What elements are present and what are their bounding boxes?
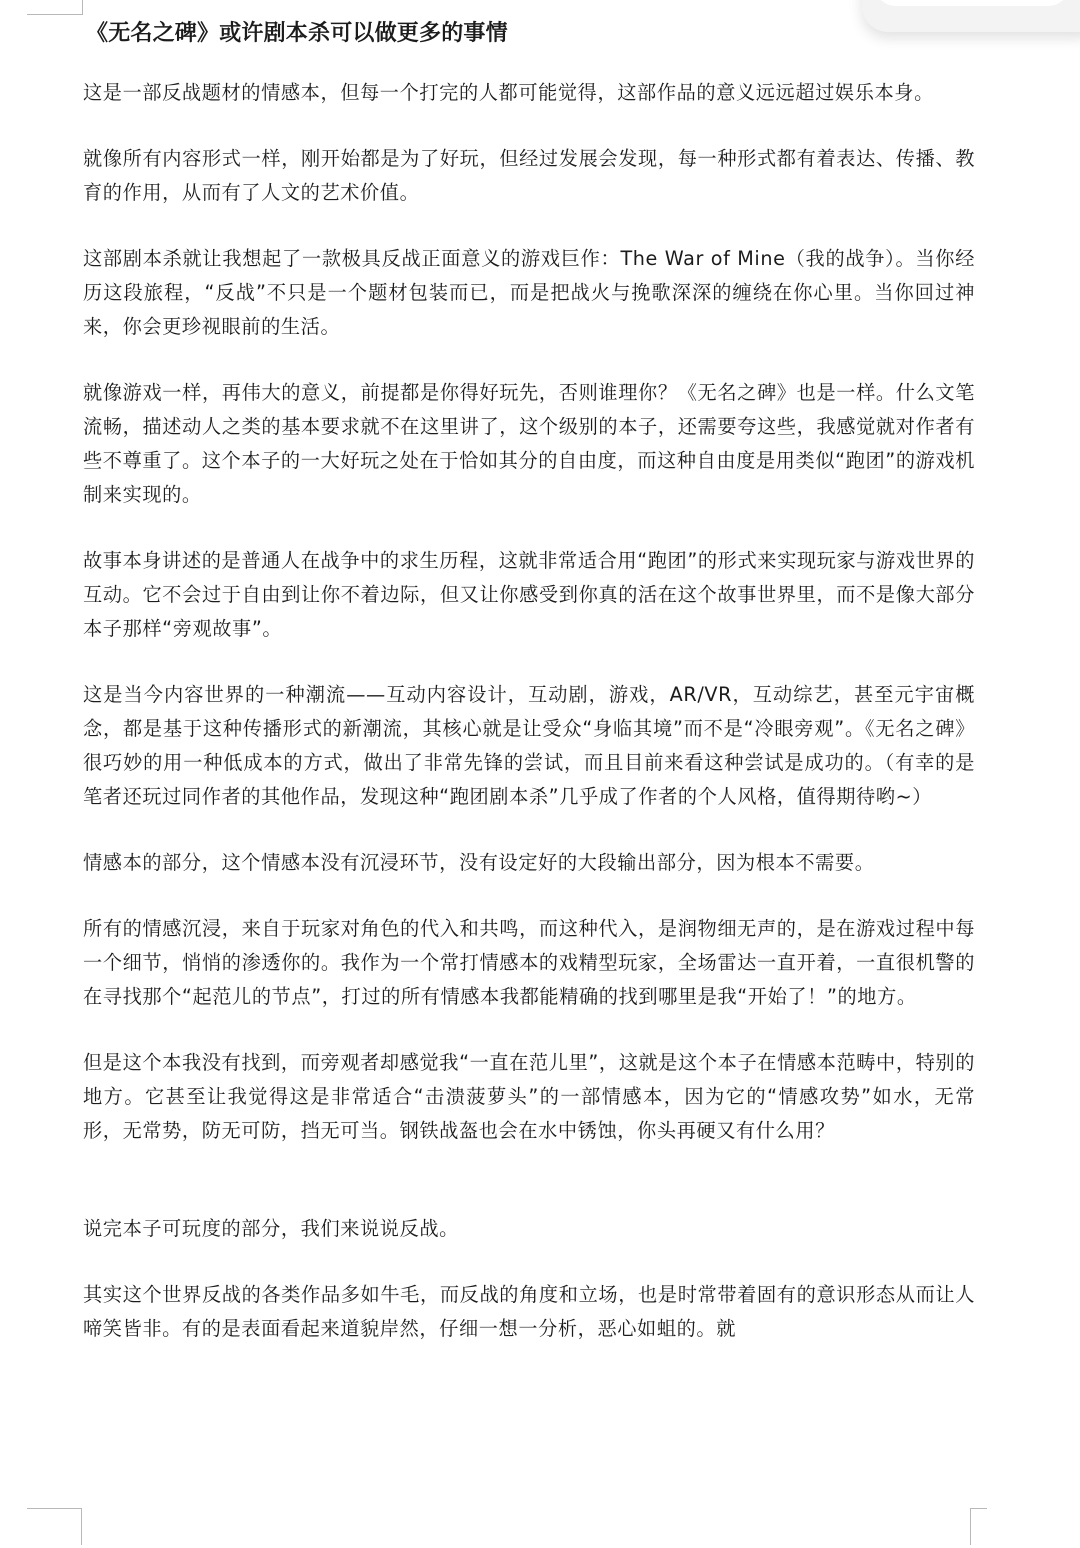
- paragraph: 这是当今内容世界的一种潮流——互动内容设计，互动剧，游戏，AR/VR，互动综艺，…: [83, 678, 975, 814]
- paragraph: 说完本子可玩度的部分，我们来说说反战。: [83, 1212, 975, 1246]
- paragraph: 这是一部反战题材的情感本，但每一个打完的人都可能觉得，这部作品的意义远远超过娱乐…: [83, 76, 975, 110]
- crop-mark-top-left: [27, 0, 83, 15]
- paragraph: 这部剧本杀就让我想起了一款极具反战正面意义的游戏巨作：The War of Mi…: [83, 242, 975, 344]
- paragraph: 其实这个世界反战的各类作品多如牛毛，而反战的角度和立场，也是时常带着固有的意识形…: [83, 1278, 975, 1346]
- document-title: 《无名之碑》或许剧本杀可以做更多的事情: [86, 14, 975, 54]
- paragraph: 就像所有内容形式一样，刚开始都是为了好玩，但经过发展会发现，每一种形式都有着表达…: [83, 142, 975, 210]
- paragraph: 但是这个本我没有找到，而旁观者却感觉我“一直在范儿里”，这就是这个本子在情感本范…: [83, 1046, 975, 1148]
- paragraph: 就像游戏一样，再伟大的意义，前提都是你得好玩先，否则谁理你？《无名之碑》也是一样…: [83, 376, 975, 512]
- paragraph: 情感本的部分，这个情感本没有沉浸环节，没有设定好的大段输出部分，因为根本不需要。: [83, 846, 975, 880]
- overlay-panel-inner: [874, 0, 1070, 6]
- crop-mark-bottom-right: [970, 1508, 987, 1545]
- paragraph: 所有的情感沉浸，来自于玩家对角色的代入和共鸣，而这种代入，是润物细无声的，是在游…: [83, 912, 975, 1014]
- paragraph: 故事本身讲述的是普通人在战争中的求生历程，这就非常适合用“跑团”的形式来实现玩家…: [83, 544, 975, 646]
- document-page: 《无名之碑》或许剧本杀可以做更多的事情 这是一部反战题材的情感本，但每一个打完的…: [83, 14, 975, 1378]
- crop-mark-bottom-left: [27, 1508, 82, 1545]
